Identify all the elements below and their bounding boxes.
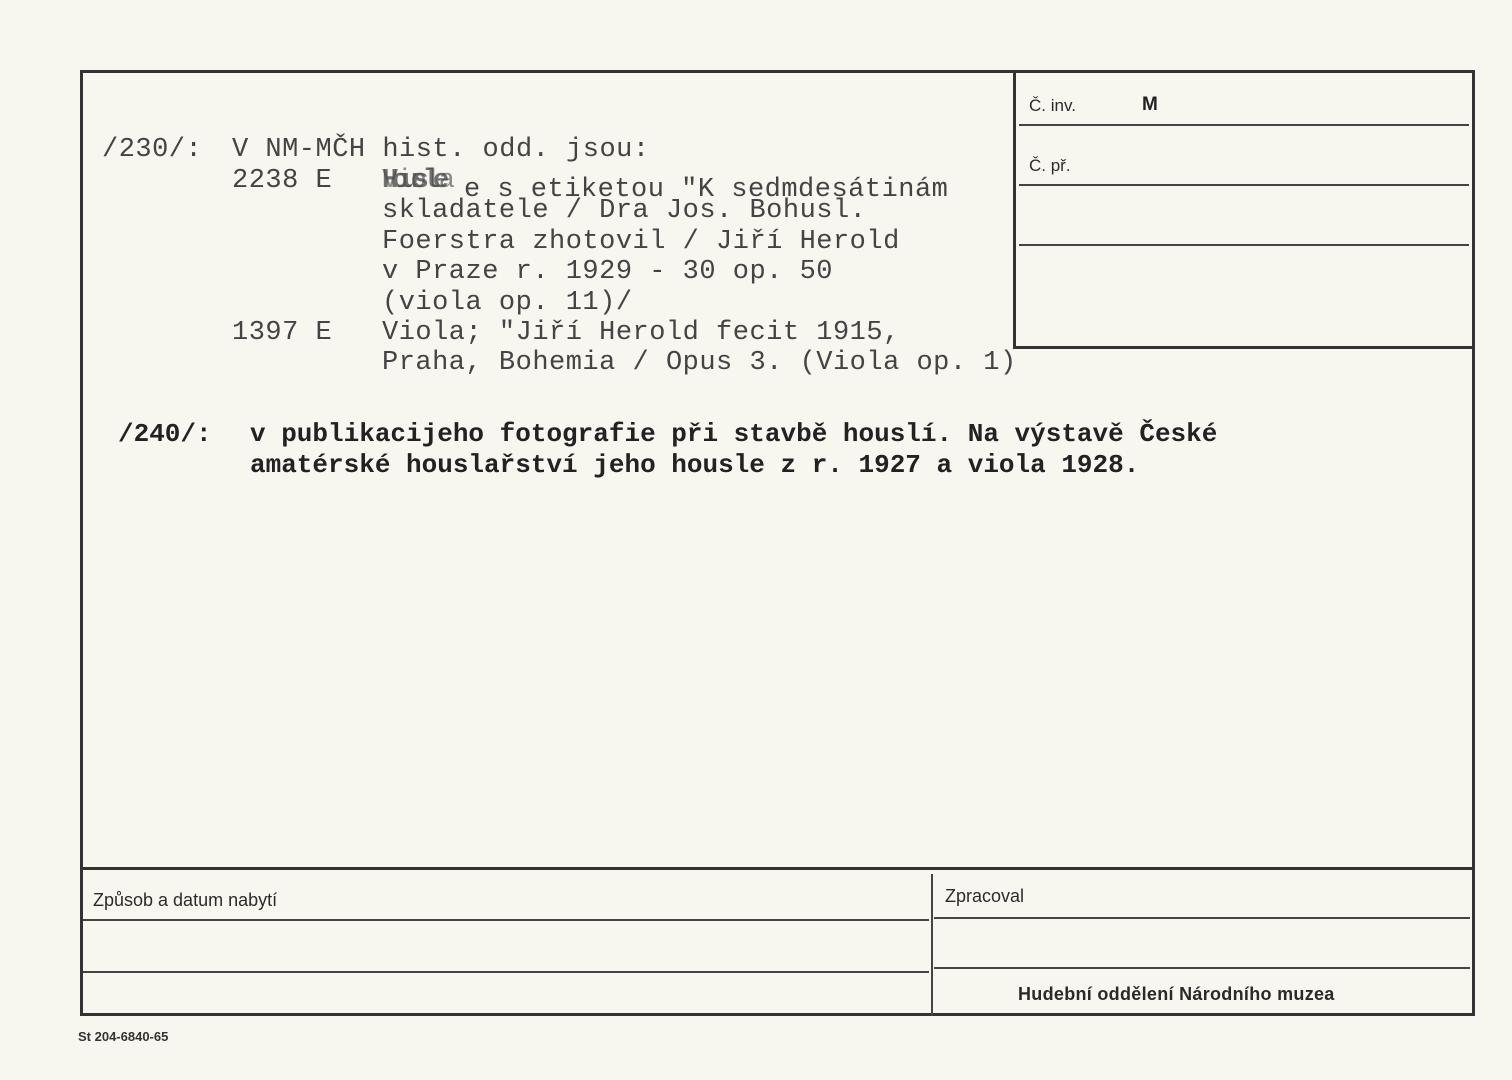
acquisition-label: Způsob a datum nabytí — [93, 890, 277, 911]
row-rule — [934, 917, 1470, 919]
inventory-number-row: Č. inv. M — [1019, 72, 1469, 126]
overprinted-word: HousleViola — [382, 166, 464, 196]
column-divider — [931, 874, 933, 1016]
bottom-form-table: Způsob a datum nabytí Zpracoval Hudební … — [83, 867, 1472, 1016]
entry-line: skladatele / Dra Jos. Bohusl. — [382, 196, 866, 226]
section-240-tag: /240/: — [118, 419, 212, 449]
row-rule — [934, 967, 1470, 969]
section-230-tag: /230/: — [102, 135, 202, 165]
print-code: St 204-6840-65 — [78, 1029, 168, 1044]
institution-name: Hudební oddělení Národního muzea — [1018, 984, 1335, 1005]
row-rule — [83, 971, 929, 973]
entry-line: v Praze r. 1929 - 30 op. 50 — [382, 257, 833, 287]
processed-by-label: Zpracoval — [945, 886, 1024, 907]
entry-line: Viola; "Jiří Herold fecit 1915, — [382, 318, 900, 348]
entry-number: 1397 E — [232, 318, 332, 348]
entry-line: (viola op. 11)/ — [382, 288, 633, 318]
accession-number-row: Č. př. — [1019, 124, 1469, 186]
inventory-number-label: Č. inv. — [1029, 96, 1076, 116]
section-240-line: amatérské houslařství jeho housle z r. 1… — [250, 450, 1139, 480]
row-rule — [83, 919, 929, 921]
section-230-intro: V NM-MČH hist. odd. jsou: — [232, 135, 650, 165]
accession-number-label: Č. př. — [1029, 156, 1071, 176]
inventory-number-value: M — [1142, 94, 1158, 116]
entry-number: 2238 E — [232, 166, 332, 196]
section-240-line: v publikacijeho fotografie při stavbě ho… — [250, 419, 1217, 449]
blank-row — [1019, 184, 1469, 246]
registration-box: Č. inv. M Č. př. — [1013, 72, 1473, 349]
entry-line: Praha, Bohemia / Opus 3. (Viola op. 1) — [382, 348, 1017, 378]
entry-line: Foerstra zhotovil / Jiří Herold — [382, 227, 900, 257]
section-240: /240/: v publikacijeho fotografie při st… — [0, 0, 31, 120]
